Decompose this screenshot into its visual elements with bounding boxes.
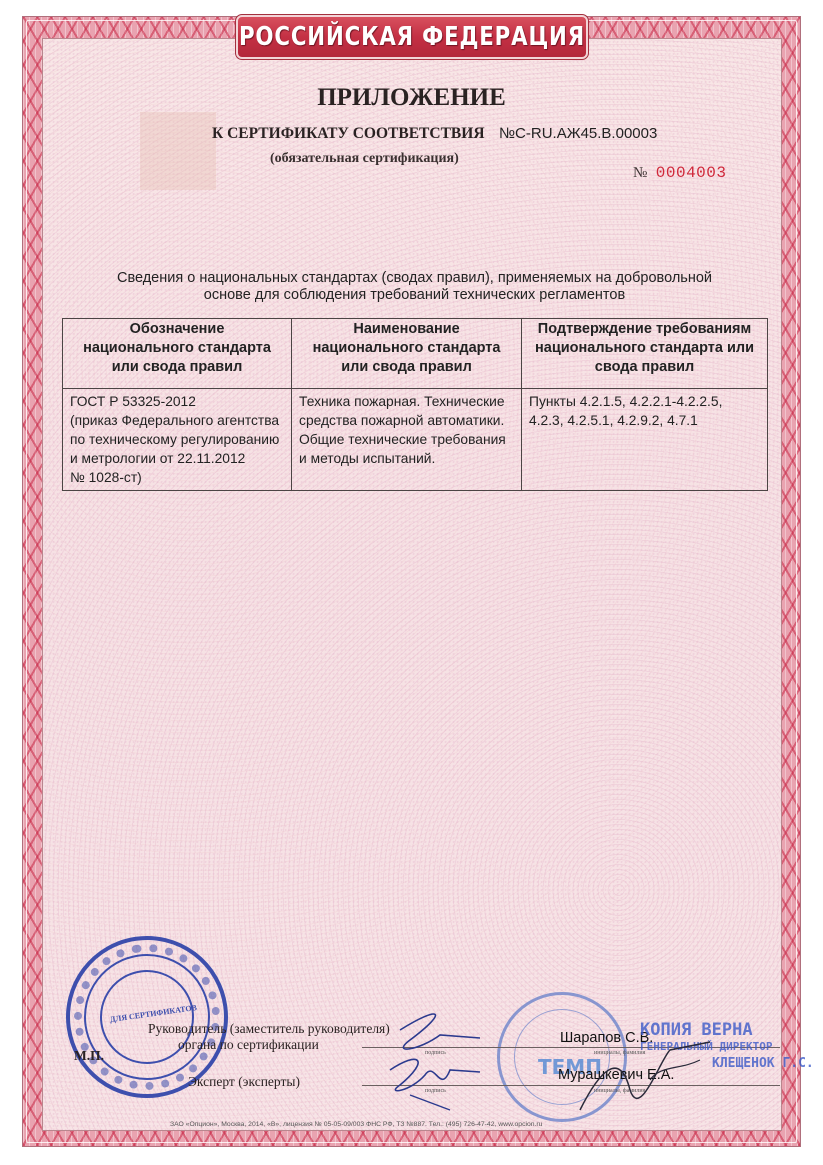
banner-text: РОССИЙСКАЯ ФЕДЕРАЦИЯ	[239, 22, 585, 52]
watermark-square	[140, 112, 216, 190]
header-designation: Обозначение национального стандарта или …	[63, 319, 292, 389]
head-label-line-1: Руководитель (заместитель руководителя)	[148, 1021, 390, 1037]
number-sign: №	[633, 165, 647, 181]
intro-text: Сведения о национальных стандартах (свод…	[62, 270, 767, 304]
cell-confirmation: Пункты 4.2.1.5, 4.2.2.1-4.2.2.5, 4.2.3, …	[522, 389, 768, 491]
blank-number: № 0004003	[633, 164, 726, 182]
seal-label: М.П.	[74, 1048, 104, 1064]
header-confirmation: Подтверждение требованиям национального …	[522, 319, 768, 389]
certificate-reference: К СЕРТИФИКАТУ СООТВЕТСТВИЯ №С-RU.АЖ45.В.…	[212, 125, 657, 143]
table-header-row: Обозначение национального стандарта или …	[63, 319, 768, 389]
cell-name: Техника пожарная. Технические средства п…	[292, 389, 522, 491]
country-banner: РОССИЙСКАЯ ФЕДЕРАЦИЯ	[236, 15, 588, 59]
document-title: ПРИЛОЖЕНИЕ	[0, 84, 823, 112]
printer-info: ЗАО «Опцион», Москва, 2014, «В», лицензи…	[170, 1121, 542, 1128]
copy-stamp-line-3: КЛЕЩЕНОК Г.С.	[712, 1056, 814, 1071]
cell-designation: ГОСТ Р 53325-2012 (приказ Федерального а…	[63, 389, 292, 491]
certificate-number: №С-RU.АЖ45.В.00003	[499, 125, 657, 142]
intro-line-1: Сведения о национальных стандартах (свод…	[62, 270, 767, 287]
head-label-line-2: органа по сертификации	[178, 1037, 319, 1053]
intro-line-2: основе для соблюдения требований техниче…	[62, 287, 767, 304]
certification-type-note: (обязательная сертификация)	[270, 151, 459, 167]
subtitle: К СЕРТИФИКАТУ СООТВЕТСТВИЯ	[212, 125, 485, 142]
table-row: ГОСТ Р 53325-2012 (приказ Федерального а…	[63, 389, 768, 491]
blank-number-value: 0004003	[656, 164, 727, 182]
expert-label: Эксперт (эксперты)	[188, 1074, 300, 1090]
header-name: Наименование национального стандарта или…	[292, 319, 522, 389]
head-signature	[380, 1000, 500, 1110]
standards-table: Обозначение национального стандарта или …	[62, 318, 768, 491]
director-signature	[560, 1030, 720, 1120]
